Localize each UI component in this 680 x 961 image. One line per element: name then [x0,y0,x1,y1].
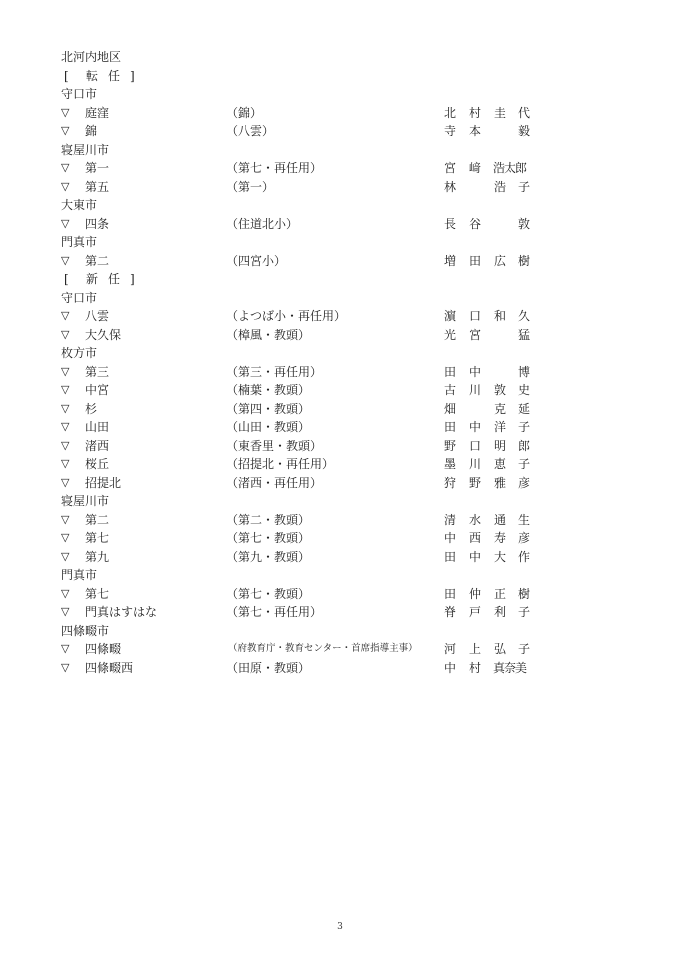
person-name: 北村圭代 [443,104,533,123]
previous-post: （よつば小・再任用） [226,307,346,326]
list-item: ▽大久保（樟風・教頭）光宮猛 [61,326,531,345]
list-item: ▽第三（第三・再任用）田中博 [61,363,531,382]
previous-post: （第七・教頭） [226,585,310,604]
school-name: 渚西 [85,437,109,456]
person-name-part: 真奈美 [493,659,526,678]
triangle-marker-icon: ▽ [61,529,69,548]
person-name-part: 北 [443,104,457,123]
person-name-part: 田 [443,585,457,604]
person-name-part: 中 [443,529,457,548]
person-name-part: 作 [517,548,531,567]
school-name: 四条 [85,215,109,234]
person-name-part: 代 [517,104,531,123]
person-name-part: 脊 [443,603,457,622]
person-name-part: 水 [468,511,482,530]
list-item: ▽桜丘（招提北・再任用）墨川恵子 [61,455,531,474]
person-name-part: 大 [493,548,507,567]
person-name: 濵口和久 [443,307,533,326]
previous-post: （東香里・教頭） [226,437,322,456]
person-name: 野口明郎 [443,437,533,456]
person-name-part: 郎 [517,437,531,456]
person-name-part: 雅 [493,474,507,493]
person-name-part: 子 [517,418,531,437]
school-name: 第五 [85,178,109,197]
person-name-part: 戸 [468,603,482,622]
triangle-marker-icon: ▽ [61,437,69,456]
previous-post: （山田・教頭） [226,418,310,437]
school-name: 四條畷 [85,640,121,659]
person-name-part: 克 [493,400,507,419]
section-title-char: [ [64,270,86,289]
school-name: 錦 [85,122,97,141]
person-name-part: 増 [443,252,457,271]
personnel-list: 北河内地区[転任]守口市▽庭窪（錦）北村圭代▽錦（八雲）寺本毅寝屋川市▽第一（第… [61,48,531,677]
person-name: 狩野雅彦 [443,474,533,493]
school-name: 八雲 [85,307,109,326]
previous-post: （錦） [226,104,262,123]
person-name-part: 彦 [517,474,531,493]
person-name-part: 田 [443,418,457,437]
person-name-part: 通 [493,511,507,530]
city-heading: 寝屋川市 [61,492,531,511]
person-name: 墨川恵子 [443,455,533,474]
section-title-char: ] [130,67,135,86]
person-name-part: 古 [443,381,457,400]
person-name-part: 樹 [517,585,531,604]
school-name: 四條畷西 [85,659,133,678]
section-title-char: 新 [86,270,108,289]
triangle-marker-icon: ▽ [61,474,69,493]
person-name-part: 子 [517,640,531,659]
person-name-part: 子 [517,455,531,474]
person-name-part: 猛 [517,326,531,345]
triangle-marker-icon: ▽ [61,418,69,437]
previous-post: （第四・教頭） [226,400,310,419]
triangle-marker-icon: ▽ [61,455,69,474]
city-heading: 四條畷市 [61,622,531,641]
person-name-part: 野 [443,437,457,456]
triangle-marker-icon: ▽ [61,381,69,400]
school-name: 大久保 [85,326,121,345]
person-name: 中村真奈美 [443,659,533,678]
section-title-char: ] [130,270,135,289]
person-name-part: 﨑 [468,159,482,178]
triangle-marker-icon: ▽ [61,585,69,604]
triangle-marker-icon: ▽ [61,252,69,271]
school-name: 山田 [85,418,109,437]
person-name: 宮﨑浩太郎 [443,159,533,178]
list-item: ▽第一（第七・再任用）宮﨑浩太郎 [61,159,531,178]
person-name-part: 村 [468,659,482,678]
list-item: ▽門真はすはな（第七・再任用）脊戸利子 [61,603,531,622]
list-item: ▽杉（第四・教頭）畑克延 [61,400,531,419]
person-name-part: 洋 [493,418,507,437]
triangle-marker-icon: ▽ [61,178,69,197]
triangle-marker-icon: ▽ [61,400,69,419]
section-title-char: 転 [86,67,108,86]
person-name-part: 延 [517,400,531,419]
region-heading: 北河内地区 [61,48,531,67]
person-name-part: 浩太郎 [493,159,526,178]
person-name-part: 敦 [493,381,507,400]
person-name: 林浩子 [443,178,533,197]
person-name-part: 和 [493,307,507,326]
triangle-marker-icon: ▽ [61,640,69,659]
person-name-part: 野 [468,474,482,493]
school-name: 第二 [85,252,109,271]
list-item: ▽第九（第九・教頭）田中大作 [61,548,531,567]
school-name: 第一 [85,159,109,178]
person-name-part: 寿 [493,529,507,548]
list-item: ▽山田（山田・教頭）田中洋子 [61,418,531,437]
person-name: 田中博 [443,363,533,382]
page-number: 3 [0,922,680,932]
person-name-part: 正 [493,585,507,604]
person-name-part: 清 [443,511,457,530]
list-item: ▽第七（第七・教頭）田仲正樹 [61,585,531,604]
person-name-part: 田 [443,363,457,382]
previous-post: （第九・教頭） [226,548,310,567]
person-name-part: 村 [468,104,482,123]
triangle-marker-icon: ▽ [61,307,69,326]
list-item: ▽第二（四宮小）増田広樹 [61,252,531,271]
person-name-part: 博 [517,363,531,382]
person-name-part: 口 [468,307,482,326]
section-title: [転任] [61,67,531,86]
previous-post: （招提北・再任用） [226,455,334,474]
person-name-part: 畑 [443,400,457,419]
person-name: 田仲正樹 [443,585,533,604]
city-heading: 守口市 [61,85,531,104]
previous-post: （府教育庁・教育センター・首席指導主事） [228,640,418,659]
previous-post: （渚西・再任用） [226,474,322,493]
person-name-part: 濵 [443,307,457,326]
person-name-part: 中 [468,548,482,567]
person-name: 河上弘子 [443,640,533,659]
triangle-marker-icon: ▽ [61,215,69,234]
triangle-marker-icon: ▽ [61,603,69,622]
person-name: 増田広樹 [443,252,533,271]
city-heading: 門真市 [61,233,531,252]
person-name-part: 狩 [443,474,457,493]
triangle-marker-icon: ▽ [61,326,69,345]
person-name: 畑克延 [443,400,533,419]
person-name-part: 田 [443,548,457,567]
person-name-part: 長 [443,215,457,234]
person-name: 脊戸利子 [443,603,533,622]
school-name: 第七 [85,529,109,548]
document-page: 北河内地区[転任]守口市▽庭窪（錦）北村圭代▽錦（八雲）寺本毅寝屋川市▽第一（第… [0,0,680,961]
school-name: 門真はすはな [85,603,157,622]
person-name-part: 久 [517,307,531,326]
previous-post: （第七・教頭） [226,529,310,548]
person-name-part: 上 [468,640,482,659]
person-name: 田中大作 [443,548,533,567]
person-name-part: 利 [493,603,507,622]
previous-post: （八雲） [226,122,274,141]
person-name-part: 田 [468,252,482,271]
person-name: 長谷敦 [443,215,533,234]
previous-post: （第一） [226,178,274,197]
triangle-marker-icon: ▽ [61,104,69,123]
previous-post: （第二・教頭） [226,511,310,530]
city-heading: 守口市 [61,289,531,308]
school-name: 桜丘 [85,455,109,474]
person-name-part: 川 [468,381,482,400]
person-name-part: 本 [468,122,482,141]
school-name: 招提北 [85,474,121,493]
triangle-marker-icon: ▽ [61,363,69,382]
person-name-part: 広 [493,252,507,271]
person-name-part: 谷 [468,215,482,234]
previous-post: （田原・教頭） [226,659,310,678]
school-name: 庭窪 [85,104,109,123]
city-heading: 大東市 [61,196,531,215]
person-name-part: 敦 [517,215,531,234]
list-item: ▽八雲（よつば小・再任用）濵口和久 [61,307,531,326]
triangle-marker-icon: ▽ [61,659,69,678]
school-name: 中宮 [85,381,109,400]
city-heading: 寝屋川市 [61,141,531,160]
school-name: 第三 [85,363,109,382]
school-name: 第九 [85,548,109,567]
list-item: ▽四條畷西（田原・教頭）中村真奈美 [61,659,531,678]
previous-post: （第三・再任用） [226,363,322,382]
person-name: 古川敦史 [443,381,533,400]
list-item: ▽四条（住道北小）長谷敦 [61,215,531,234]
triangle-marker-icon: ▽ [61,511,69,530]
school-name: 杉 [85,400,97,419]
list-item: ▽第五（第一）林浩子 [61,178,531,197]
list-item: ▽中宮（楠葉・教頭）古川敦史 [61,381,531,400]
person-name-part: 樹 [517,252,531,271]
person-name-part: 墨 [443,455,457,474]
school-name: 第二 [85,511,109,530]
person-name-part: 中 [468,418,482,437]
person-name-part: 明 [493,437,507,456]
person-name-part: 寺 [443,122,457,141]
person-name-part: 光 [443,326,457,345]
school-name: 第七 [85,585,109,604]
person-name-part: 中 [468,363,482,382]
list-item: ▽庭窪（錦）北村圭代 [61,104,531,123]
previous-post: （第七・再任用） [226,159,322,178]
person-name-part: 圭 [493,104,507,123]
section-title: [新任] [61,270,531,289]
previous-post: （楠葉・教頭） [226,381,310,400]
person-name-part: 宮 [443,159,457,178]
triangle-marker-icon: ▽ [61,548,69,567]
list-item: ▽錦（八雲）寺本毅 [61,122,531,141]
person-name-part: 弘 [493,640,507,659]
person-name: 田中洋子 [443,418,533,437]
previous-post: （第七・再任用） [226,603,322,622]
list-item: ▽招提北（渚西・再任用）狩野雅彦 [61,474,531,493]
list-item: ▽渚西（東香里・教頭）野口明郎 [61,437,531,456]
person-name-part: 仲 [468,585,482,604]
city-heading: 門真市 [61,566,531,585]
person-name: 中西寿彦 [443,529,533,548]
person-name: 寺本毅 [443,122,533,141]
person-name-part: 彦 [517,529,531,548]
person-name-part: 中 [443,659,457,678]
section-title-char: 任 [108,67,130,86]
person-name-part: 口 [468,437,482,456]
section-title-char: 任 [108,270,130,289]
previous-post: （住道北小） [226,215,298,234]
person-name-part: 河 [443,640,457,659]
person-name-part: 史 [517,381,531,400]
triangle-marker-icon: ▽ [61,122,69,141]
person-name-part: 子 [517,178,531,197]
person-name-part: 林 [443,178,457,197]
person-name: 光宮猛 [443,326,533,345]
person-name-part: 恵 [493,455,507,474]
list-item: ▽四條畷（府教育庁・教育センター・首席指導主事）河上弘子 [61,640,531,659]
person-name-part: 宮 [468,326,482,345]
person-name-part: 川 [468,455,482,474]
triangle-marker-icon: ▽ [61,159,69,178]
list-item: ▽第二（第二・教頭）清水通生 [61,511,531,530]
list-item: ▽第七（第七・教頭）中西寿彦 [61,529,531,548]
person-name-part: 子 [517,603,531,622]
previous-post: （四宮小） [226,252,286,271]
person-name: 清水通生 [443,511,533,530]
person-name-part: 生 [517,511,531,530]
person-name-part: 西 [468,529,482,548]
person-name-part: 浩 [493,178,507,197]
section-title-char: [ [64,67,86,86]
person-name-part: 毅 [517,122,531,141]
previous-post: （樟風・教頭） [226,326,310,345]
city-heading: 枚方市 [61,344,531,363]
